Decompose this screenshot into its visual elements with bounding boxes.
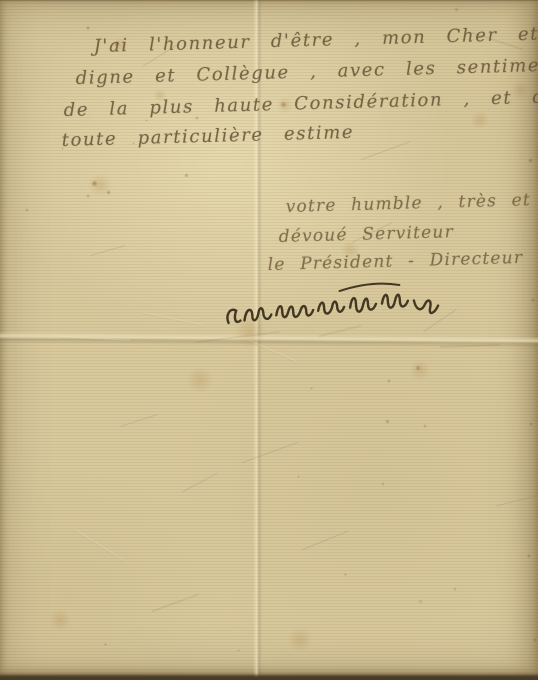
foxing-spot bbox=[528, 158, 533, 163]
foxing-spot bbox=[344, 573, 347, 576]
foxing-spot bbox=[527, 554, 531, 558]
paper-edge-top bbox=[0, 0, 538, 2]
foxing-spot bbox=[237, 649, 240, 652]
foxing-spot bbox=[25, 208, 29, 212]
foxing-spot bbox=[454, 7, 459, 12]
paper-edge-bottom bbox=[0, 673, 538, 677]
letter-paper: J'ai l'honneur d'être , mon Cher et dign… bbox=[0, 0, 538, 677]
foxing-spot bbox=[86, 194, 90, 198]
foxing-spot bbox=[184, 173, 189, 178]
stain-blotch bbox=[49, 609, 71, 631]
foxing-spot bbox=[423, 424, 427, 428]
foxing-spot bbox=[385, 419, 390, 424]
foxing-spot bbox=[387, 379, 391, 383]
signature-ink bbox=[221, 277, 463, 333]
stain-blotch bbox=[287, 627, 313, 653]
foxing-spot bbox=[533, 638, 537, 642]
foxing-spot bbox=[145, 119, 148, 122]
foxing-spot bbox=[86, 26, 90, 30]
foxing-spot bbox=[531, 298, 535, 302]
stain-blotch bbox=[88, 173, 112, 197]
foxing-spot bbox=[310, 387, 313, 390]
stain-blotch bbox=[186, 366, 214, 394]
stain-blotch bbox=[470, 110, 490, 130]
foxing-spot bbox=[529, 422, 533, 426]
stain-blotch bbox=[409, 359, 431, 381]
foxing-spot bbox=[104, 643, 107, 646]
letter-photo: J'ai l'honneur d'être , mon Cher et dign… bbox=[0, 0, 538, 680]
foxing-spot bbox=[381, 482, 385, 486]
foxing-spot bbox=[418, 599, 423, 604]
foxing-spot bbox=[453, 587, 457, 591]
foxing-spot bbox=[297, 475, 300, 478]
